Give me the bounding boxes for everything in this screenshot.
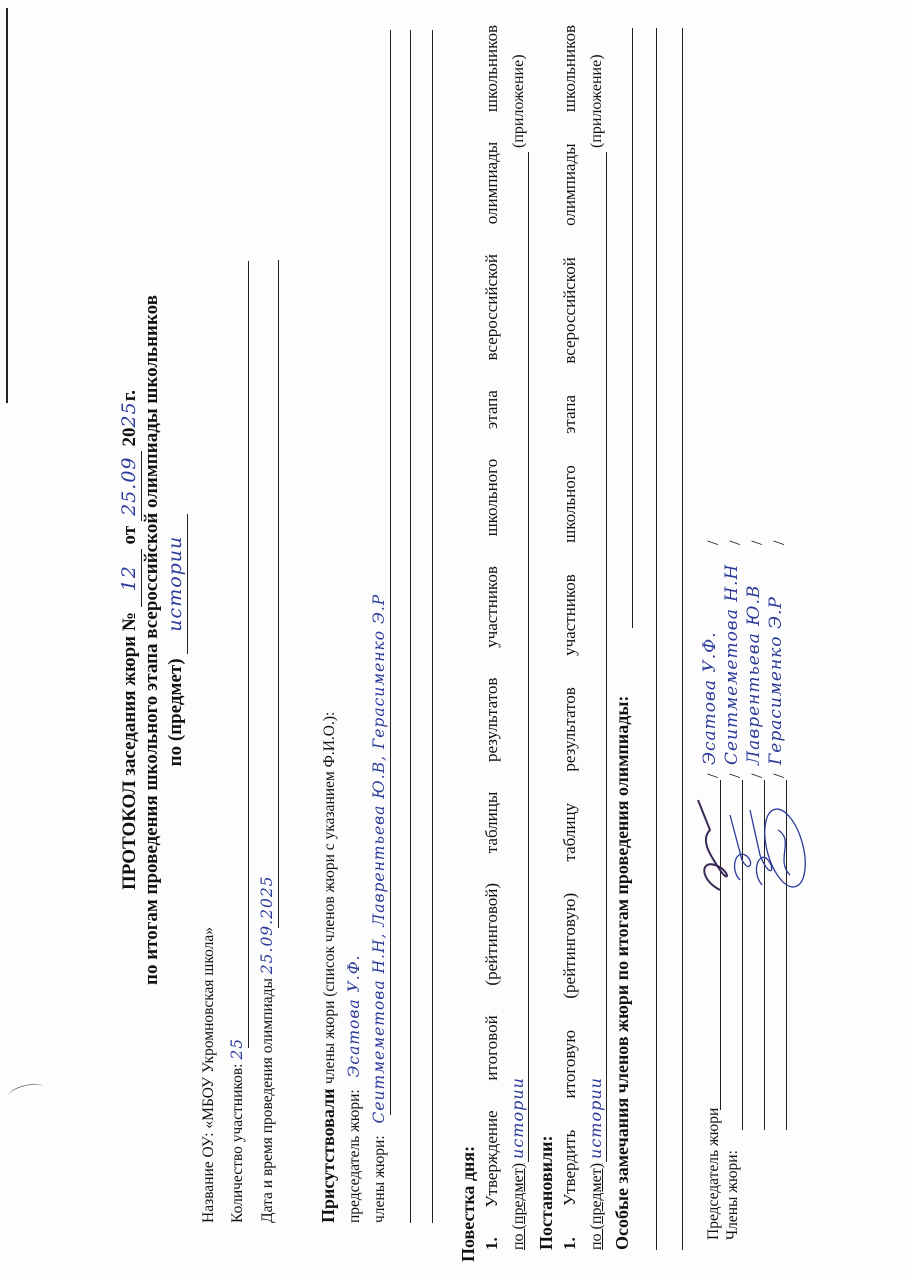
sign-name-3: Лаврентьева Ю.В [744,585,764,765]
subject-value: истории [164,536,186,632]
resolution-subject-value: истории [586,1077,605,1159]
attendance-heading-rest: члены жюри (список членов жюри с указани… [321,712,338,1084]
datetime-row: Дата и время проведения олимпиады 25.09.… [258,875,277,1223]
protocol-page: ПРОТОКОЛ заседания жюри № 12 от 25.09 20… [0,0,905,1280]
school-value: «МБОУ Укромновская школа» [200,927,217,1129]
agenda-item: 1. Утверждение итоговой (рейтинговой) та… [482,25,502,1250]
sign-slash-1: / [705,774,723,778]
resolution-appendix: (приложение) [588,54,606,148]
sign-name-1: Эсатова У.Ф. [700,631,720,765]
protocol-date: 25.09 [118,456,140,515]
sign-name-2: Сеитмеметова Н.Н [722,564,742,765]
agenda-item-text: Утверждение итоговой (рейтинговой) табли… [482,25,501,1208]
protocol-title: ПРОТОКОЛ заседания жюри № 12 от 25.09 20… [118,0,142,1280]
agenda-subject-label: по (предмет) [510,1163,527,1250]
resolution-item: 1. Утвердить итоговую (рейтинговую) табл… [560,25,580,1250]
protocol-subtitle: по итогам проведения школьного этапа все… [141,0,163,1280]
datetime-underline [278,260,279,928]
chair-value: Эсатова У.Ф. [345,955,363,1078]
members-underline-3 [432,30,433,1223]
participants-underline [248,261,249,1048]
resolution-heading: Постановили: [536,1135,557,1250]
chair-row: председатель жюри: Эсатова У.Ф. [345,955,364,1223]
signature-scribbles [690,760,810,910]
sign-name-4: Герасименко Э.Р [766,596,786,765]
chair-label: председатель жюри: [346,1089,363,1223]
title-prefix: заседания жюри № [119,612,140,776]
resolution-item-text: Утвердить итоговую (рейтинговую) таблицу… [560,25,579,1206]
agenda-appendix: (приложение) [510,54,528,148]
agenda-heading: Повестка дня: [458,1146,479,1262]
agenda-subject-row: по (предмет) истории [508,1077,528,1250]
resolution-subject-row: по (предмет) истории [586,1077,606,1250]
datetime-value: 25.09.2025 [258,875,276,974]
protocol-number: 12 [118,565,140,591]
datetime-label: Дата и время проведения олимпиады [259,978,276,1223]
attendance-heading-bold: Присутствовали [318,1088,338,1223]
remarks-underline-2 [656,28,657,1250]
sign-slash-4: / [771,774,789,778]
sign-chair-label: Председатель жюри [705,1108,723,1240]
remarks-underline-3 [682,28,683,1250]
sign-slash-end-4: / [771,541,789,545]
agenda-subject-value: истории [508,1077,527,1159]
members-value: Сеитмеметова Н.Н, Лаврентьева Ю.В, Герас… [370,594,388,1124]
year-end: г. [119,390,140,401]
subject-label: по (предмет) [165,658,186,766]
sign-slash-end-3: / [749,541,767,545]
members-underline-2 [410,30,411,1223]
school-name-row: Название ОУ: «МБОУ Укромновская школа» [200,927,218,1223]
year-prefix: 20 [119,427,140,446]
agenda-item-number: 1. [482,1237,501,1250]
sign-slash-end-1: / [705,541,723,545]
scanned-document-viewport: ПРОТОКОЛ заседания жюри № 12 от 25.09 20… [0,0,905,1280]
school-label: Название ОУ: [200,1132,217,1223]
participants-label: Количество участников: [229,1064,246,1223]
from-word: от [119,526,140,545]
participants-row: Количество участников: 25 [228,1038,247,1223]
protocol-word: ПРОТОКОЛ [119,780,140,890]
participants-value: 25 [228,1038,246,1060]
sign-slash-3: / [749,774,767,778]
agenda-subject-underline [528,152,529,1162]
members-underline-1 [390,30,391,1115]
remarks-underline-1 [632,28,633,628]
resolution-subject-label: по (предмет) [588,1163,605,1250]
remarks-heading: Особые замечания членов жюри по итогам п… [612,696,633,1250]
members-row: члены жюри: Сеитмеметова Н.Н, Лаврентьев… [370,594,389,1223]
year-suffix: 25 [118,401,140,427]
resolution-subject-underline [606,152,607,1162]
members-label: члены жюри: [371,1135,388,1223]
sign-members-label: Члены жюри: [724,1150,742,1240]
sign-slash-2: / [727,774,745,778]
resolution-item-number: 1. [560,1237,579,1250]
attendance-heading: Присутствовали члены жюри (список членов… [318,712,339,1223]
protocol-subject-line: по (предмет) истории [164,0,188,1280]
sign-slash-end-2: / [727,541,745,545]
